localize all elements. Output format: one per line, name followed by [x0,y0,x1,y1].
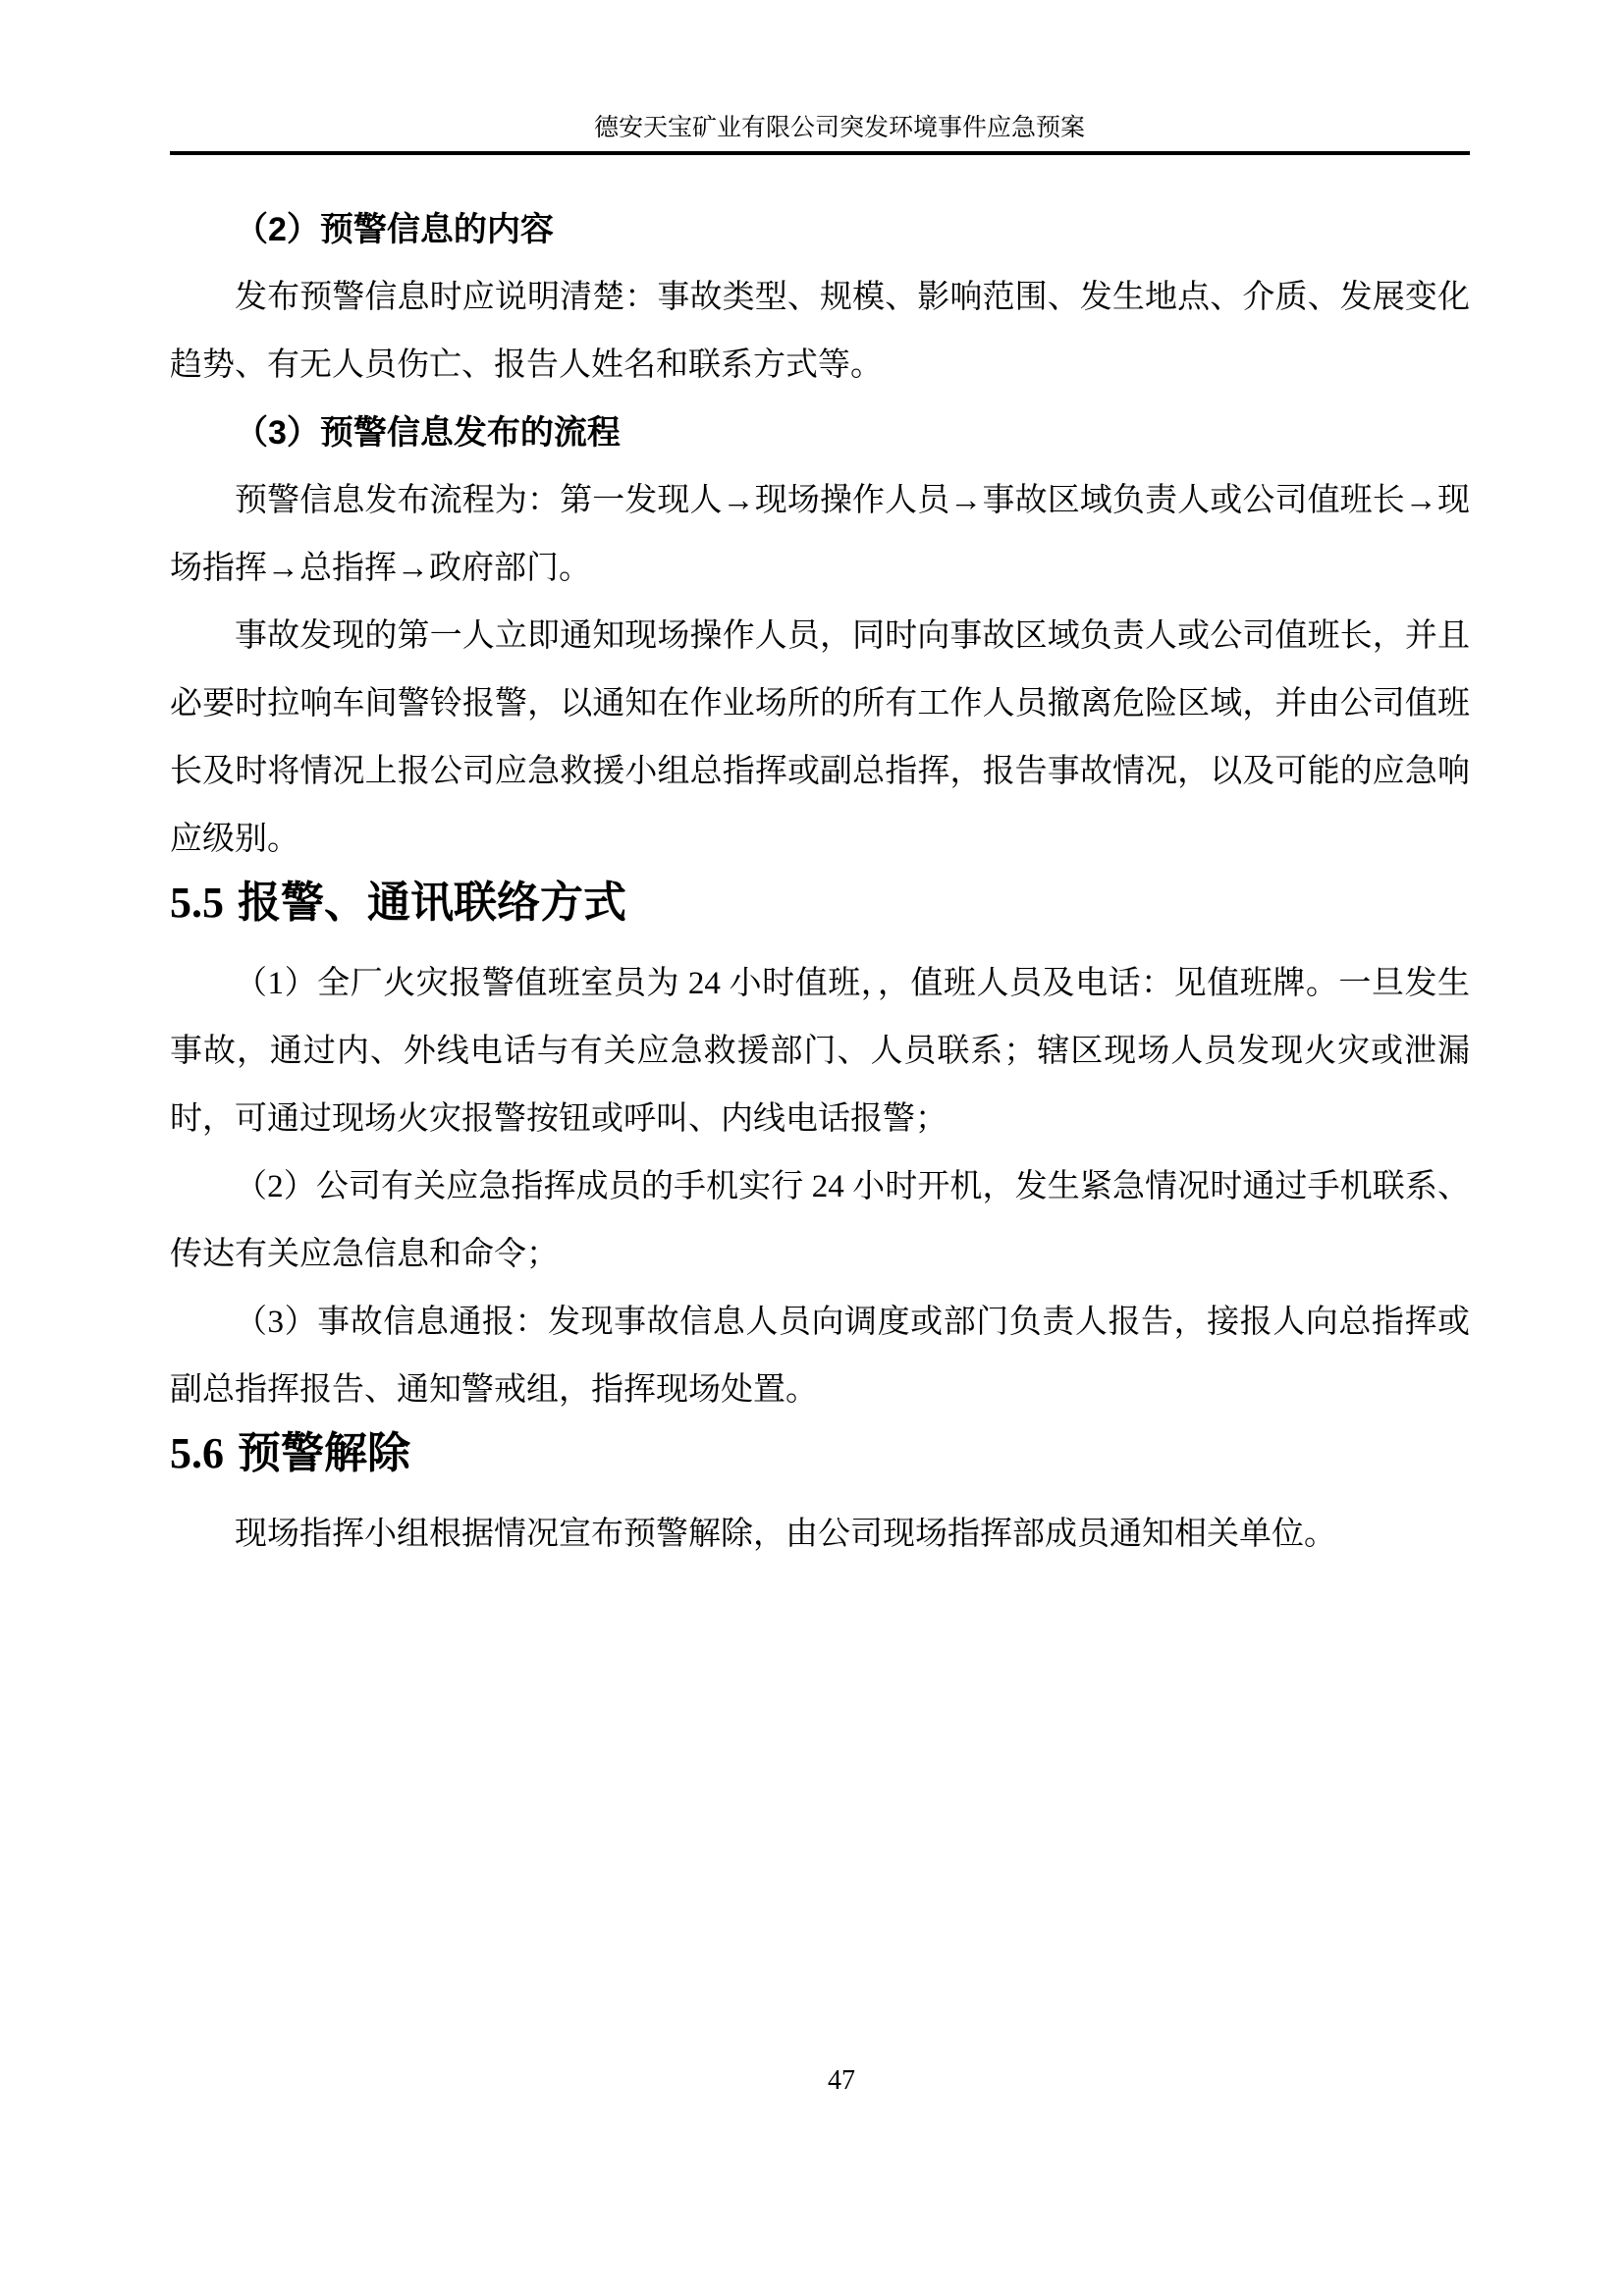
section-heading-5-6: 5.6预警解除 [170,1419,1470,1487]
paragraph-incident-notification: （3）事故信息通报：发现事故信息人员向调度或部门负责人报告，接报人向总指挥或副总… [170,1289,1470,1424]
page-number: 47 [828,2065,855,2096]
document-page: 德安天宝矿业有限公司突发环境事件应急预案 （2）预警信息的内容 发布预警信息时应… [0,0,1624,2296]
paragraph-warning-release-flow: 预警信息发布流程为：第一发现人→现场操作人员→事故区域负责人或公司值班长→现场指… [170,467,1470,603]
section-number: 5.6 [170,1429,224,1477]
paragraph-mobile-contact: （2）公司有关应急指挥成员的手机实行 24 小时开机，发生紧急情况时通过手机联系… [170,1153,1470,1289]
section-title: 报警、通讯联络方式 [238,879,626,927]
paragraph-first-discoverer-procedure: 事故发现的第一人立即通知现场操作人员，同时向事故区域负责人或公司值班长，并且必要… [170,603,1470,874]
section-heading-5-5: 5.5报警、通讯联络方式 [170,869,1470,936]
header-document-title: 德安天宝矿业有限公司突发环境事件应急预案 [170,0,1470,143]
section-number: 5.5 [170,879,224,927]
page-footer: 47 [170,2065,1470,2097]
header-divider [170,151,1470,155]
subheading-warning-info-content: （2）预警信息的内容 [170,196,1470,264]
paragraph-warning-info-content: 发布预警信息时应说明清楚：事故类型、规模、影响范围、发生地点、介质、发展变化趋势… [170,264,1470,400]
subheading-warning-release-process: （3）预警信息发布的流程 [170,400,1470,467]
paragraph-alarm-duty-room: （1）全厂火灾报警值班室员为 24 小时值班，，值班人员及电话：见值班牌。一旦发… [170,950,1470,1153]
page-header: 德安天宝矿业有限公司突发环境事件应急预案 [170,0,1470,155]
section-title: 预警解除 [238,1429,410,1477]
document-body: （2）预警信息的内容 发布预警信息时应说明清楚：事故类型、规模、影响范围、发生地… [170,196,1470,1569]
paragraph-warning-lift: 现场指挥小组根据情况宣布预警解除，由公司现场指挥部成员通知相关单位。 [170,1501,1470,1569]
